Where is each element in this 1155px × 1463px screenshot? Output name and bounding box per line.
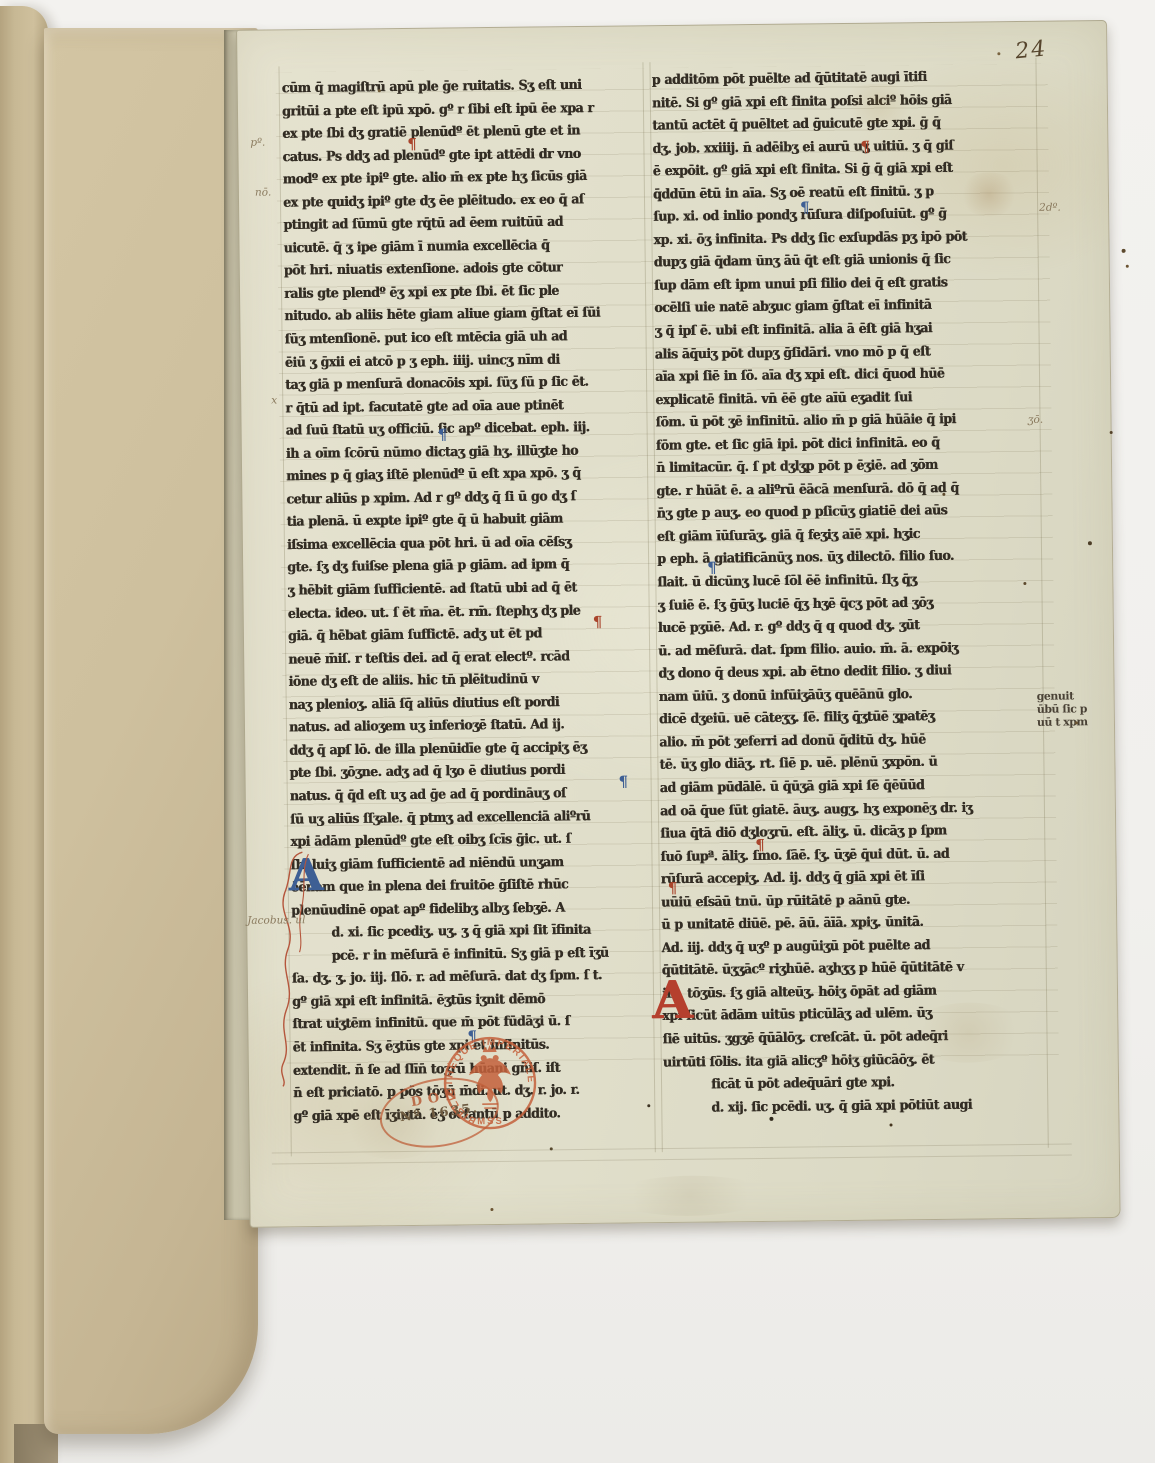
blue-paraph-mark: ¶ [438, 428, 448, 443]
decorated-initial-blue-A: A [288, 856, 323, 896]
margin-note: 2dº. [1039, 202, 1061, 214]
text-column-right: p additōm pōt puēlte ad q̄ūtitatē augi ī… [652, 64, 1046, 1119]
blue-paraph-mark: ¶ [619, 774, 629, 789]
speck [769, 1117, 773, 1121]
speck [1023, 582, 1026, 585]
speck [1075, 721, 1078, 724]
blue-paraph-mark: ¶ [800, 200, 810, 215]
red-paraph-mark: ¶ [593, 615, 603, 630]
speck [890, 1124, 893, 1127]
manuscript-photo: 24 cūm q̄ magiſtrū apū ple ḡe ruitatis. … [0, 0, 1155, 1463]
speck [550, 1147, 553, 1150]
margin-note: pº. [250, 137, 265, 149]
folio-number: 24 [1014, 36, 1048, 64]
speck [1110, 431, 1113, 434]
speck [647, 1104, 650, 1107]
red-paraph-mark: ¶ [407, 137, 417, 152]
manuscript-text-line: nitudo. ab aliis hēte giam aliue giam ḡſ… [284, 301, 646, 328]
text-column-left: cūm q̄ magiſtrū apū ple ḡe ruitatis. Sʒ … [282, 72, 656, 1127]
manuscript-folio: 24 cūm q̄ magiſtrū apū ple ḡe ruitatis. … [236, 20, 1121, 1228]
speck [490, 1208, 493, 1211]
speck [997, 52, 1000, 55]
speck [1088, 541, 1092, 545]
manuscript-text-line: ſa. dʒ. ʒ. jo. iij. ſlō. r. ad mēſurā. d… [292, 963, 654, 990]
margin-note: ʒō. [1027, 414, 1043, 426]
margin-note: x [271, 394, 277, 406]
blue-paraph-mark: ¶ [707, 560, 717, 575]
speck [1126, 265, 1129, 268]
paraph-marks: ¶¶¶¶¶¶¶¶¶¶ [237, 21, 1106, 31]
ruling-line [272, 1154, 1072, 1164]
speck [1122, 249, 1126, 253]
margin-note: nō. [255, 186, 272, 198]
speck [942, 493, 945, 496]
manuscript-text-line: gritūi a pte eſt ipū xpō. gº r ſibi eſt … [282, 95, 644, 122]
stain [610, 1175, 770, 1217]
red-paraph-mark: ¶ [668, 881, 678, 896]
ruling-line [272, 1143, 1072, 1153]
red-paraph-mark: ¶ [755, 838, 765, 853]
margin-note: Jacobus. ul [247, 914, 305, 927]
red-paraph-mark: ¶ [860, 140, 870, 155]
right-marginalia: 2dº.ʒō.genuitūbū ſic puū t xpm [237, 21, 1106, 31]
book-edge-leaf [0, 6, 48, 1463]
left-marginalia: pº.nō.xJacobus. ul [237, 21, 1106, 31]
margin-note: genuitūbū ſic puū t xpm [1037, 689, 1088, 729]
manuscript-text-line: d. xij. ſic pcēdi. uʒ. q̄ giā xpi pōtiūt… [663, 1092, 1045, 1119]
decorated-initial-red-A: A [652, 978, 693, 1024]
speck [378, 89, 381, 92]
